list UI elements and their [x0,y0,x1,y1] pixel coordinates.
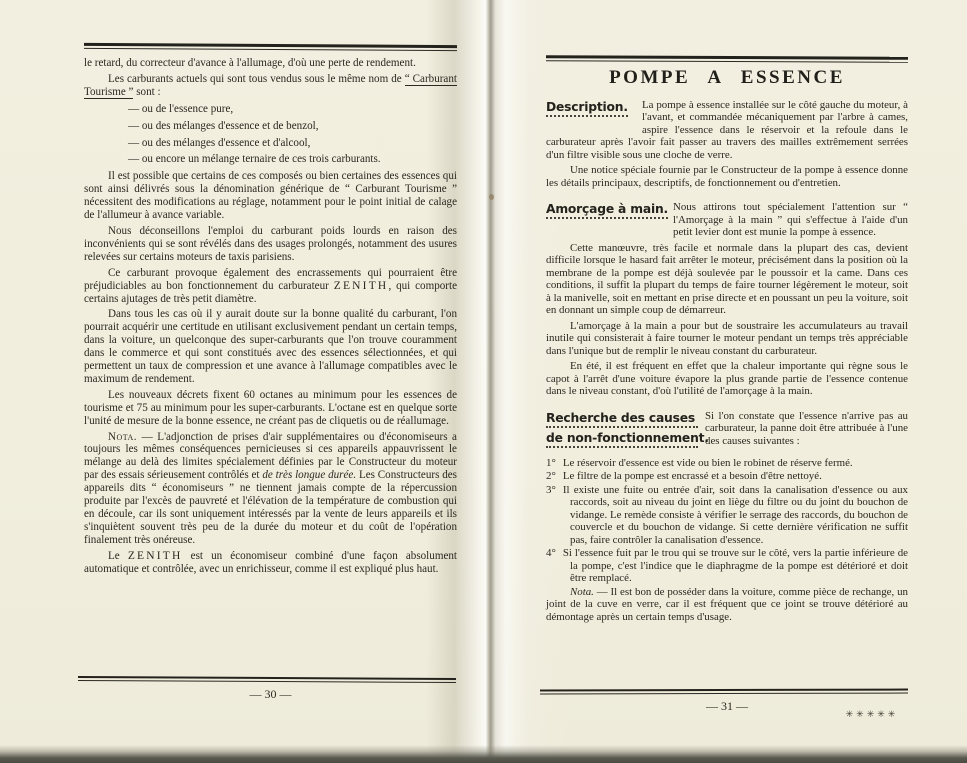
cause-text: Le filtre de la pompe est encrassé et a … [563,470,822,482]
paragraph: Il est possible que certains de ces comp… [84,170,457,222]
right-page: POMPE A ESSENCE Description. La pompe à … [546,64,908,635]
paragraph: Le ZENITH est un économiseur combiné d'u… [84,550,457,576]
paragraph-text: Le [108,550,128,562]
left-page-number: — 30 — [84,687,457,702]
end-asterisks: ✳✳✳✳✳ [826,710,918,720]
cause-text: Le réservoir d'essence est vide ou bien … [563,457,853,469]
cause-item: 4°Si l'essence fuit par le trou qui se t… [546,547,908,585]
section-recherche: Recherche des causes de non-fonctionneme… [546,410,908,624]
cause-text: Si l'essence fuit par le trou qui se tro… [563,547,908,584]
brand-name: ZENITH [128,550,183,562]
paragraph-text: sont : [133,86,160,98]
left-page-bottom-rule [78,676,456,683]
list-item: — ou des mélanges d'essence et d'alcool, [128,137,457,150]
nota-paragraph: Nota. — L'adjonction de prises d'air sup… [84,431,457,547]
cause-item: 2°Le filtre de la pompe est encrassé et … [546,470,908,483]
paragraph: le retard, du correcteur d'avance à l'al… [84,57,457,70]
section-heading-amorcage: Amorçage à main. [546,202,666,219]
nota-paragraph: Nota. — Il est bon de posséder dans la v… [546,586,908,624]
heading-text: Description. [546,100,628,117]
list-item: — ou encore un mélange ternaire de ces t… [128,153,457,166]
paper-speck [489,194,494,200]
list-item: — ou de l'essence pure, [128,103,457,116]
cause-number: 1° [546,457,556,469]
page-title: POMPE A ESSENCE [546,72,908,85]
paragraph: Les nouveaux décrets fixent 60 octanes a… [84,389,457,428]
nota-label: Nota. [108,431,137,443]
left-page: le retard, du correcteur d'avance à l'al… [84,57,457,579]
paragraph: L'amorçage à la main a pour but de soust… [546,320,908,358]
paragraph: Cette manœuvre, très facile et normale d… [546,242,908,317]
brand-name: ZENITH [334,280,389,292]
heading-text: Recherche des causes [546,411,698,428]
paragraph: En été, il est fréquent en effet que la … [546,360,908,398]
cause-number: 2° [546,470,556,482]
paragraph: Les carburants actuels qui sont tous ven… [84,73,457,99]
left-page-top-rule [84,43,457,51]
paragraph: Nous déconseillons l'emploi du carburant… [84,225,457,264]
book-bottom-edge [0,745,967,763]
section-heading-recherche: Recherche des causes de non-fonctionneme… [546,411,698,451]
italic-phrase: de très longue durée. [262,469,356,481]
paragraph: Une notice spéciale fournie par le Const… [546,164,908,189]
list-item: — ou des mélanges d'essence et de benzol… [128,120,457,133]
nota-label: Nota. [570,586,594,598]
cause-number: 4° [546,547,556,559]
paragraph: Dans tous les cas où il y aurait doute s… [84,308,457,385]
heading-text: Amorçage à main. [546,202,668,219]
cause-text: Il existe une fuite ou entrée d'air, soi… [563,484,908,546]
paragraph-text: — Il est bon de posséder dans la voiture… [546,586,908,623]
section-heading-description: Description. [546,100,634,117]
paragraph: Ce carburant provoque également des encr… [84,267,457,306]
right-page-bottom-rule [540,689,908,695]
right-page-top-rule [546,55,908,63]
cause-number: 3° [546,484,556,496]
heading-text: de non-fonctionnement. [546,431,698,448]
section-description: Description. La pompe à essence installé… [546,99,908,190]
section-amorcage: Amorçage à main. Nous attirons tout spéc… [546,201,908,398]
cause-item: 1°Le réservoir d'essence est vide ou bie… [546,457,908,470]
cause-item: 3°Il existe une fuite ou entrée d'air, s… [546,484,908,547]
causes-list: 1°Le réservoir d'essence est vide ou bie… [546,457,908,585]
paragraph-text: Les carburants actuels qui sont tous ven… [108,73,405,85]
